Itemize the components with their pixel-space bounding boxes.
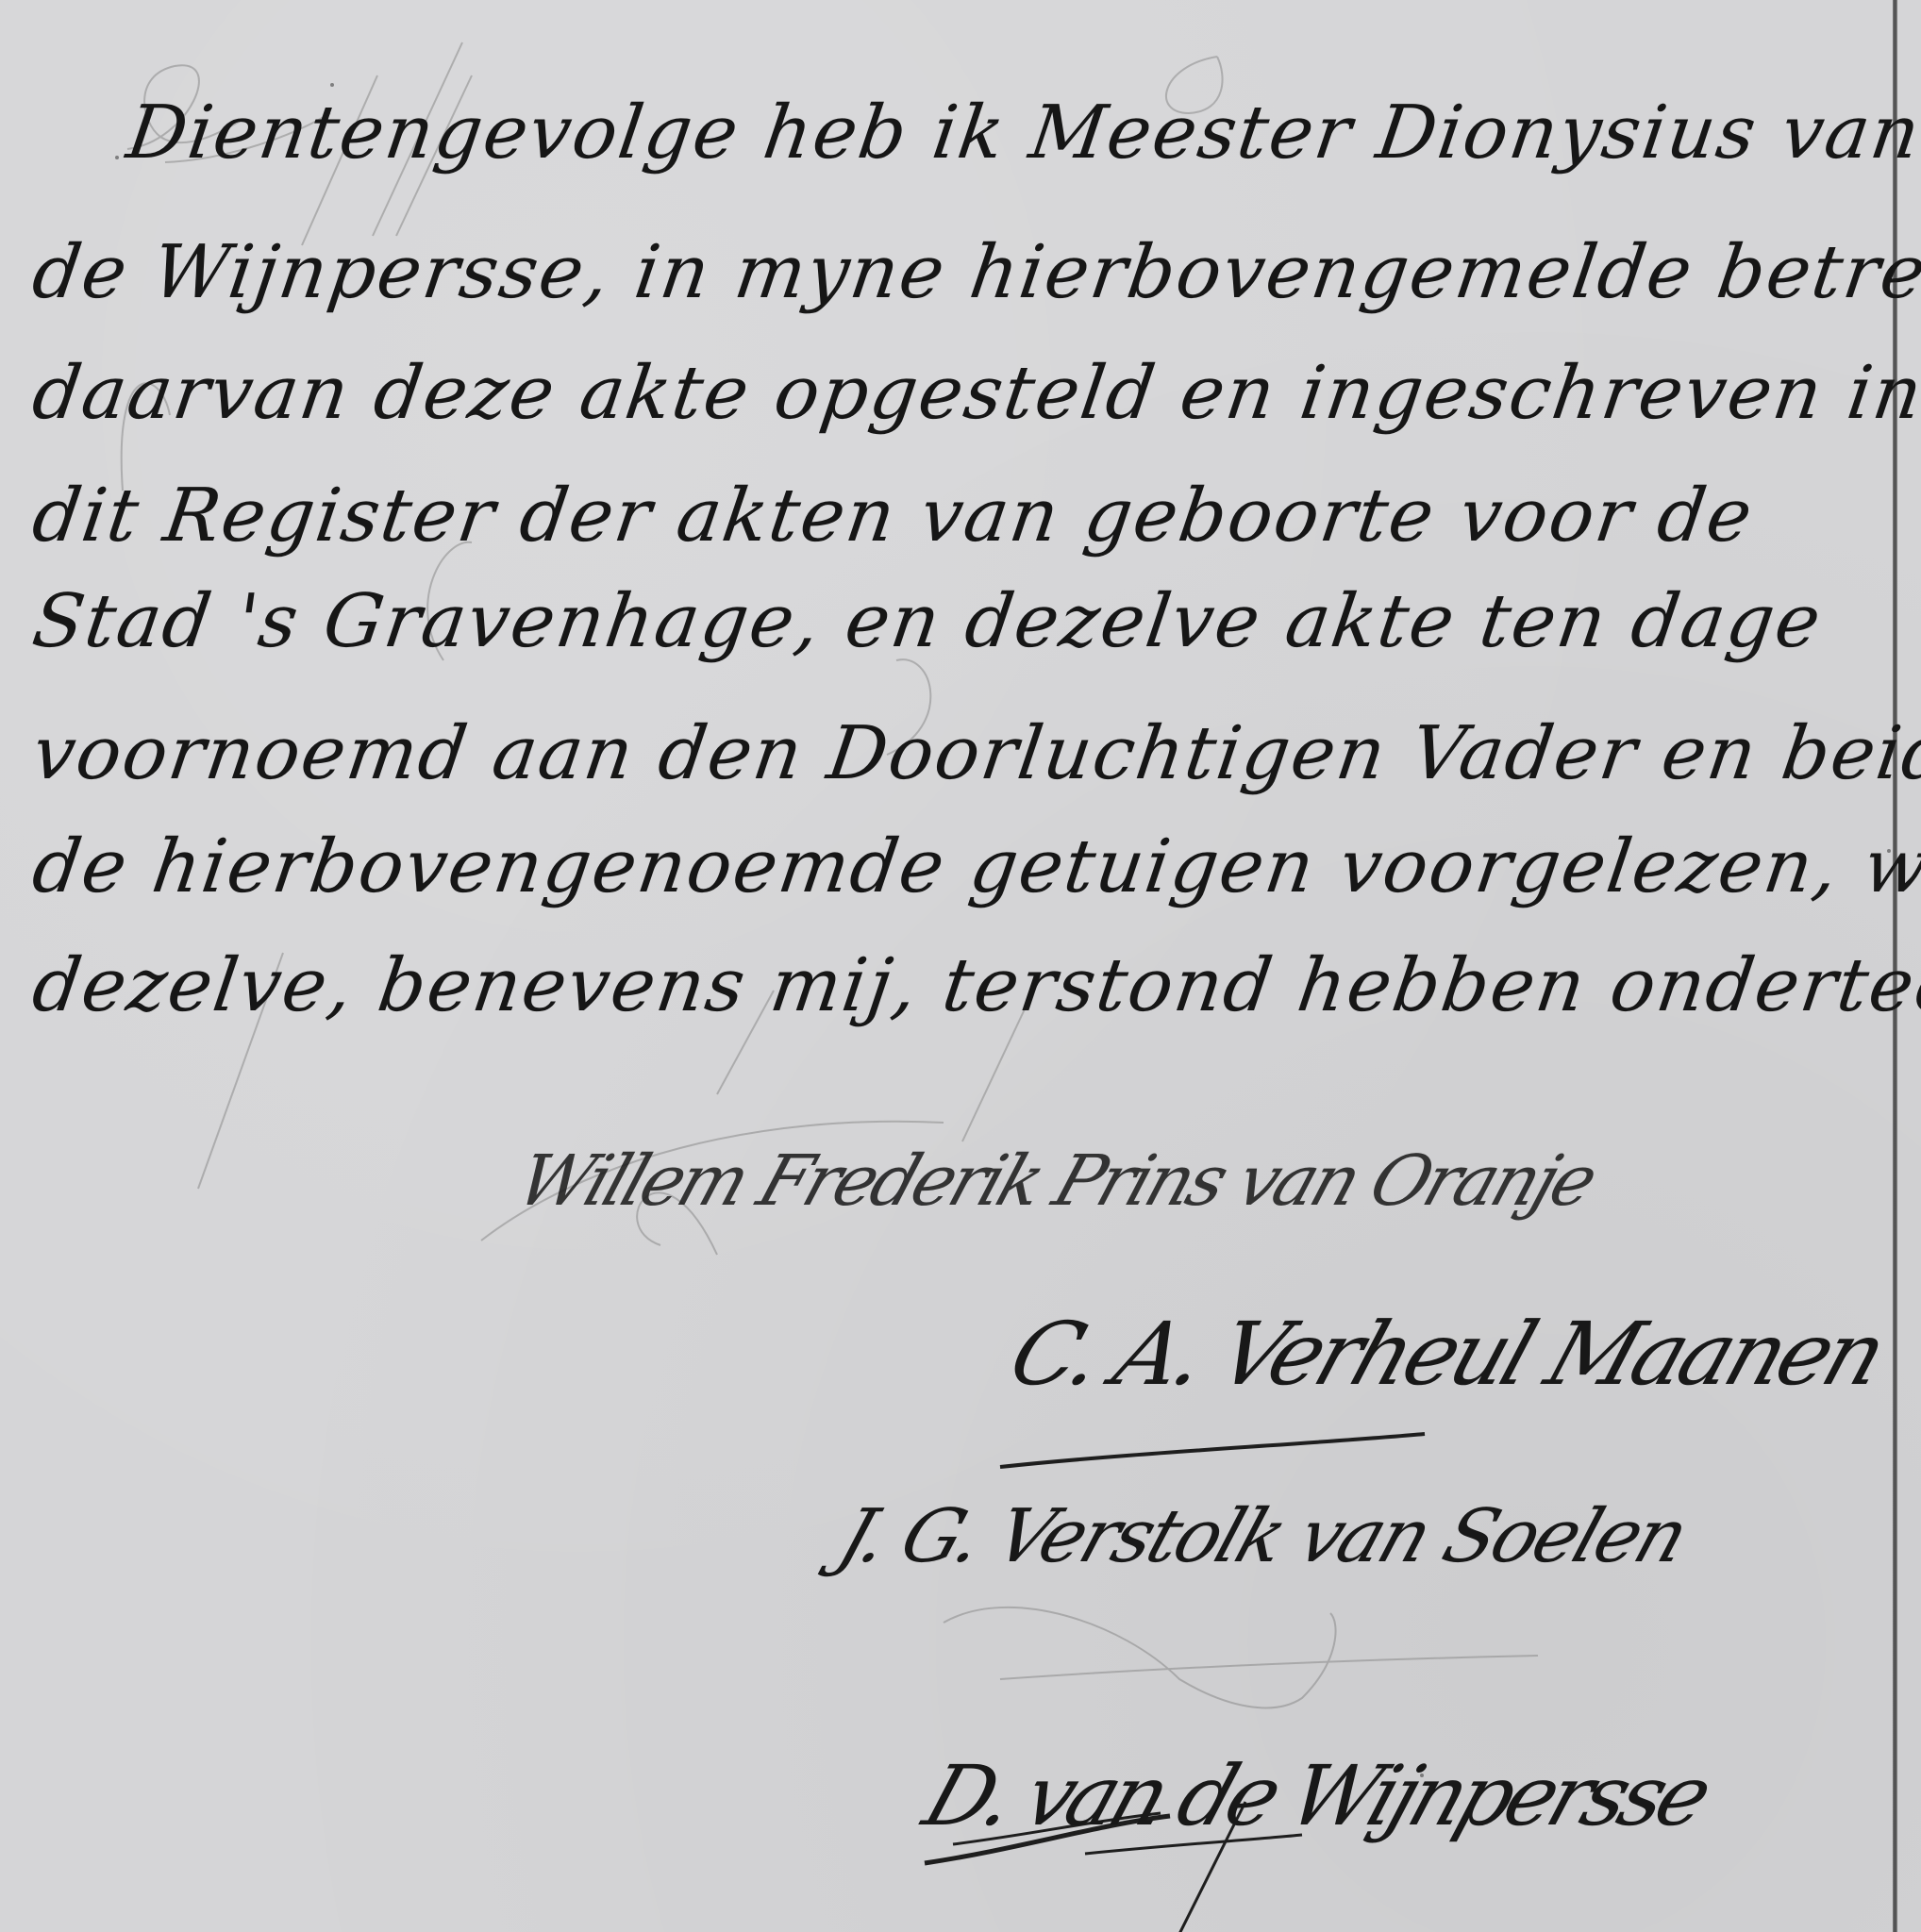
text-line-7: de hierbovengenoemde getuigen voorgeleze… (28, 830, 1921, 904)
ink-speck (330, 83, 334, 87)
text-line-5: Stad 's Gravenhage, en dezelve akte ten … (28, 585, 1827, 658)
signature-verheul-maanen: C. A. Verheul Maanen (1000, 1311, 1892, 1398)
signature-verstolk-van-soelen: J. G. Verstolk van Soelen (830, 1500, 1695, 1574)
text-line-8: dezelve, benevens mij, terstond hebben o… (28, 949, 1921, 1023)
signature-willem-van-oranje: Willem Frederik Prins van Oranje (509, 1146, 1602, 1216)
signature-van-de-wijnpersse: D. van de Wijnpersse (915, 1755, 1716, 1838)
ink-speck (1420, 1774, 1424, 1777)
text-line-6: voornoemd aan den Doorluchtigen Vader en… (28, 717, 1921, 791)
text-line-1: Dientengevolge heb ik Meester Dionysius … (123, 96, 1921, 170)
ink-speck (115, 156, 119, 159)
text-line-3: daarvan deze akte opgesteld en ingeschre… (28, 357, 1921, 430)
text-line-2: de Wijnpersse, in myne hierbovengemelde … (28, 236, 1921, 309)
document-page: Dientengevolge heb ik Meester Dionysius … (0, 0, 1921, 1932)
ink-speck (1887, 849, 1891, 853)
text-line-4: dit Register der akten van geboorte voor… (28, 479, 1758, 553)
